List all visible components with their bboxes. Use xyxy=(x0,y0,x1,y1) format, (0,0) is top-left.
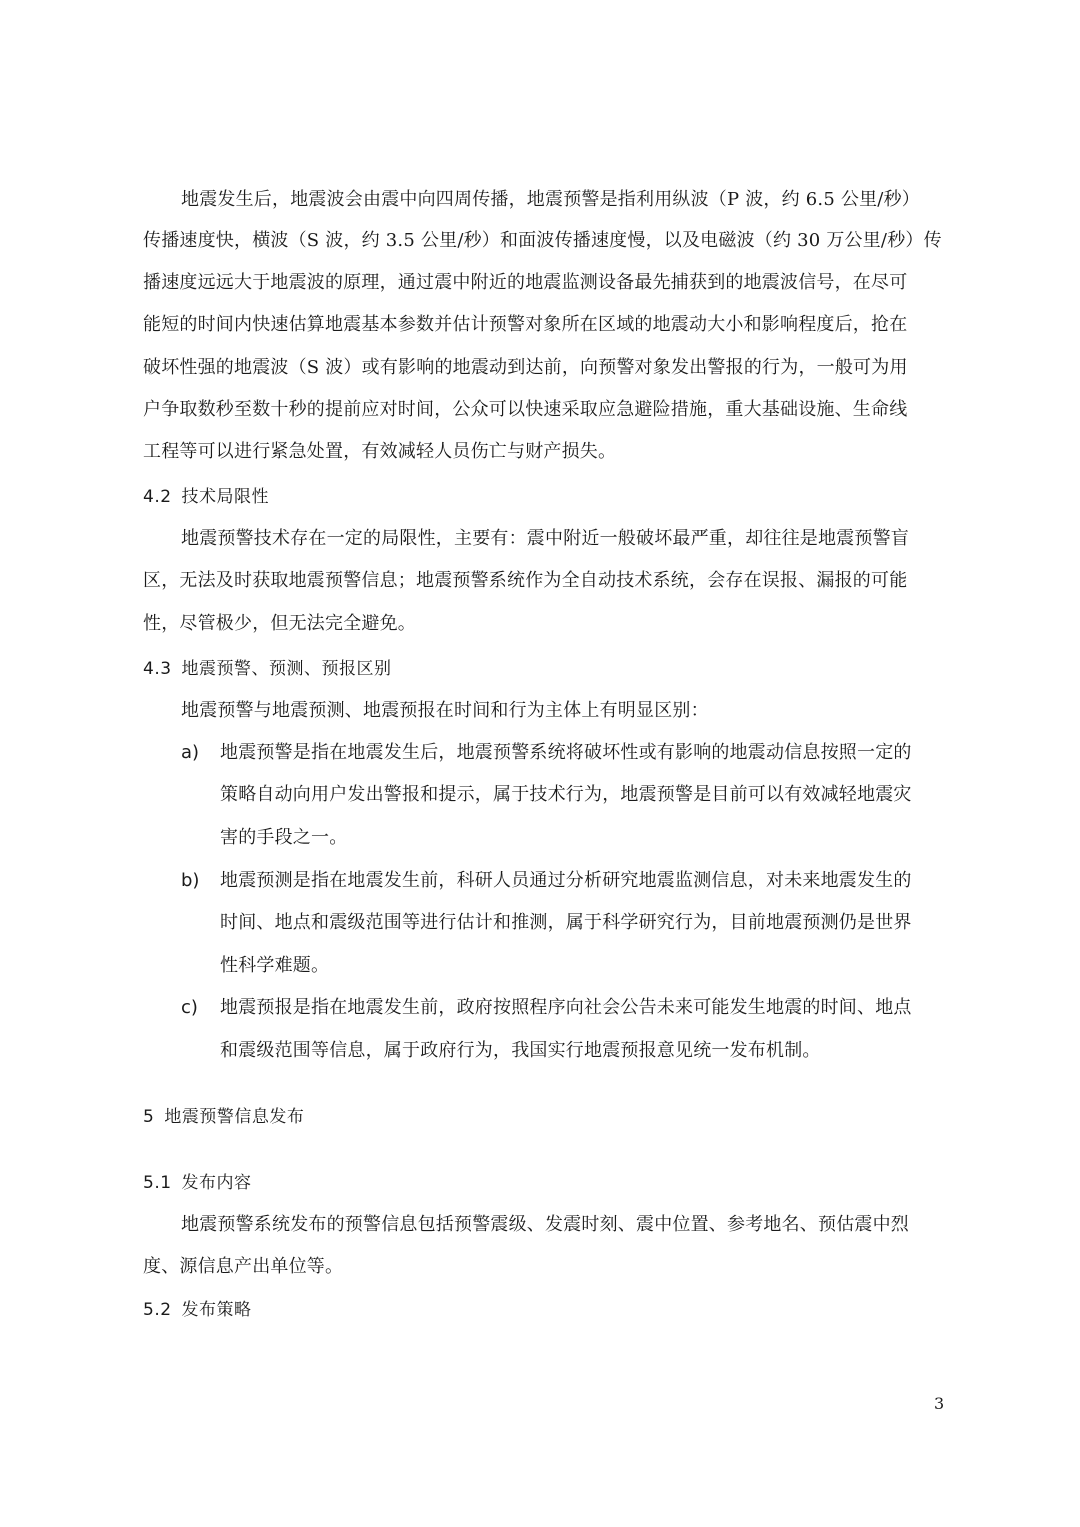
list-item-line: 地震预报是指在地震发生前，政府按照程序向社会公告未来可能发生地震的时间、地点 xyxy=(220,996,912,1020)
paragraph-intro: 地震预警与地震预测、地震预报在时间和行为主体上有明显区别： xyxy=(181,699,986,723)
list-item-line: 和震级范围等信息，属于政府行为，我国实行地震预报意见统一发布机制。 xyxy=(220,1039,821,1063)
paragraph-line: 能短的时间内快速估算地震基本参数并估计预警对象所在区域的地震动大小和影响程度后，… xyxy=(143,313,948,337)
list-marker: b) xyxy=(181,869,199,893)
list-marker: a) xyxy=(181,741,199,765)
paragraph-line: 区，无法及时获取地震预警信息；地震预警系统作为全自动技术系统，会存在误报、漏报的… xyxy=(143,569,948,593)
section-title: 发布内容 xyxy=(182,1173,252,1193)
section-title: 发布策略 xyxy=(182,1300,252,1320)
section-heading-4-3: 4.3地震预警、预测、预报区别 xyxy=(143,657,948,681)
paragraph-line: 度、源信息产出单位等。 xyxy=(143,1255,948,1279)
paragraph-line: 工程等可以进行紧急处置，有效减轻人员伤亡与财产损失。 xyxy=(143,440,948,464)
section-title: 地震预警信息发布 xyxy=(164,1107,304,1127)
section-title: 技术局限性 xyxy=(182,487,270,507)
paragraph-line: 破坏性强的地震波（S 波）或有影响的地震动到达前，向预警对象发出警报的行为，一般… xyxy=(143,356,948,380)
section-number: 5.1 xyxy=(143,1173,172,1193)
list-item-line: 策略自动向用户发出警报和提示，属于技术行为，地震预警是目前可以有效减轻地震灾 xyxy=(220,783,912,807)
list-item-line: 害的手段之一。 xyxy=(220,826,347,850)
section-heading-5-1: 5.1发布内容 xyxy=(143,1171,948,1195)
section-number: 4.2 xyxy=(143,487,172,507)
paragraph-line: 传播速度快，横波（S 波，约 3.5 公里/秒）和面波传播速度慢，以及电磁波（约… xyxy=(143,229,948,253)
list-item-line: 时间、地点和震级范围等进行估计和推测，属于科学研究行为，目前地震预测仍是世界 xyxy=(220,911,912,935)
list-item-line: 地震预警是指在地震发生后，地震预警系统将破坏性或有影响的地震动信息按照一定的 xyxy=(220,741,912,765)
section-title: 地震预警、预测、预报区别 xyxy=(182,659,392,679)
paragraph-line: 地震预警系统发布的预警信息包括预警震级、发震时刻、震中位置、参考地名、预估震中烈 xyxy=(181,1213,986,1237)
list-marker: c) xyxy=(181,996,198,1020)
list-item-line: 性科学难题。 xyxy=(220,954,329,978)
paragraph-line: 播速度远远大于地震波的原理，通过震中附近的地震监测设备最先捕获到的地震波信号，在… xyxy=(143,271,948,295)
section-number: 5.2 xyxy=(143,1300,172,1320)
section-heading-5: 5地震预警信息发布 xyxy=(143,1105,948,1129)
section-number: 5 xyxy=(143,1107,154,1127)
document-page: 地震发生后，地震波会由震中向四周传播，地震预警是指利用纵波（P 波，约 6.5 … xyxy=(0,0,1080,1527)
section-heading-5-2: 5.2发布策略 xyxy=(143,1298,948,1322)
page-number: 3 xyxy=(934,1394,944,1414)
paragraph-line: 地震发生后，地震波会由震中向四周传播，地震预警是指利用纵波（P 波，约 6.5 … xyxy=(181,188,986,212)
paragraph-line: 户争取数秒至数十秒的提前应对时间，公众可以快速采取应急避险措施，重大基础设施、生… xyxy=(143,398,948,422)
paragraph-line: 地震预警技术存在一定的局限性，主要有：震中附近一般破坏最严重，却往往是地震预警盲 xyxy=(181,527,986,551)
paragraph-line: 性，尽管极少，但无法完全避免。 xyxy=(143,612,948,636)
section-number: 4.3 xyxy=(143,659,172,679)
list-item-line: 地震预测是指在地震发生前，科研人员通过分析研究地震监测信息，对未来地震发生的 xyxy=(220,869,912,893)
section-heading-4-2: 4.2技术局限性 xyxy=(143,485,948,509)
